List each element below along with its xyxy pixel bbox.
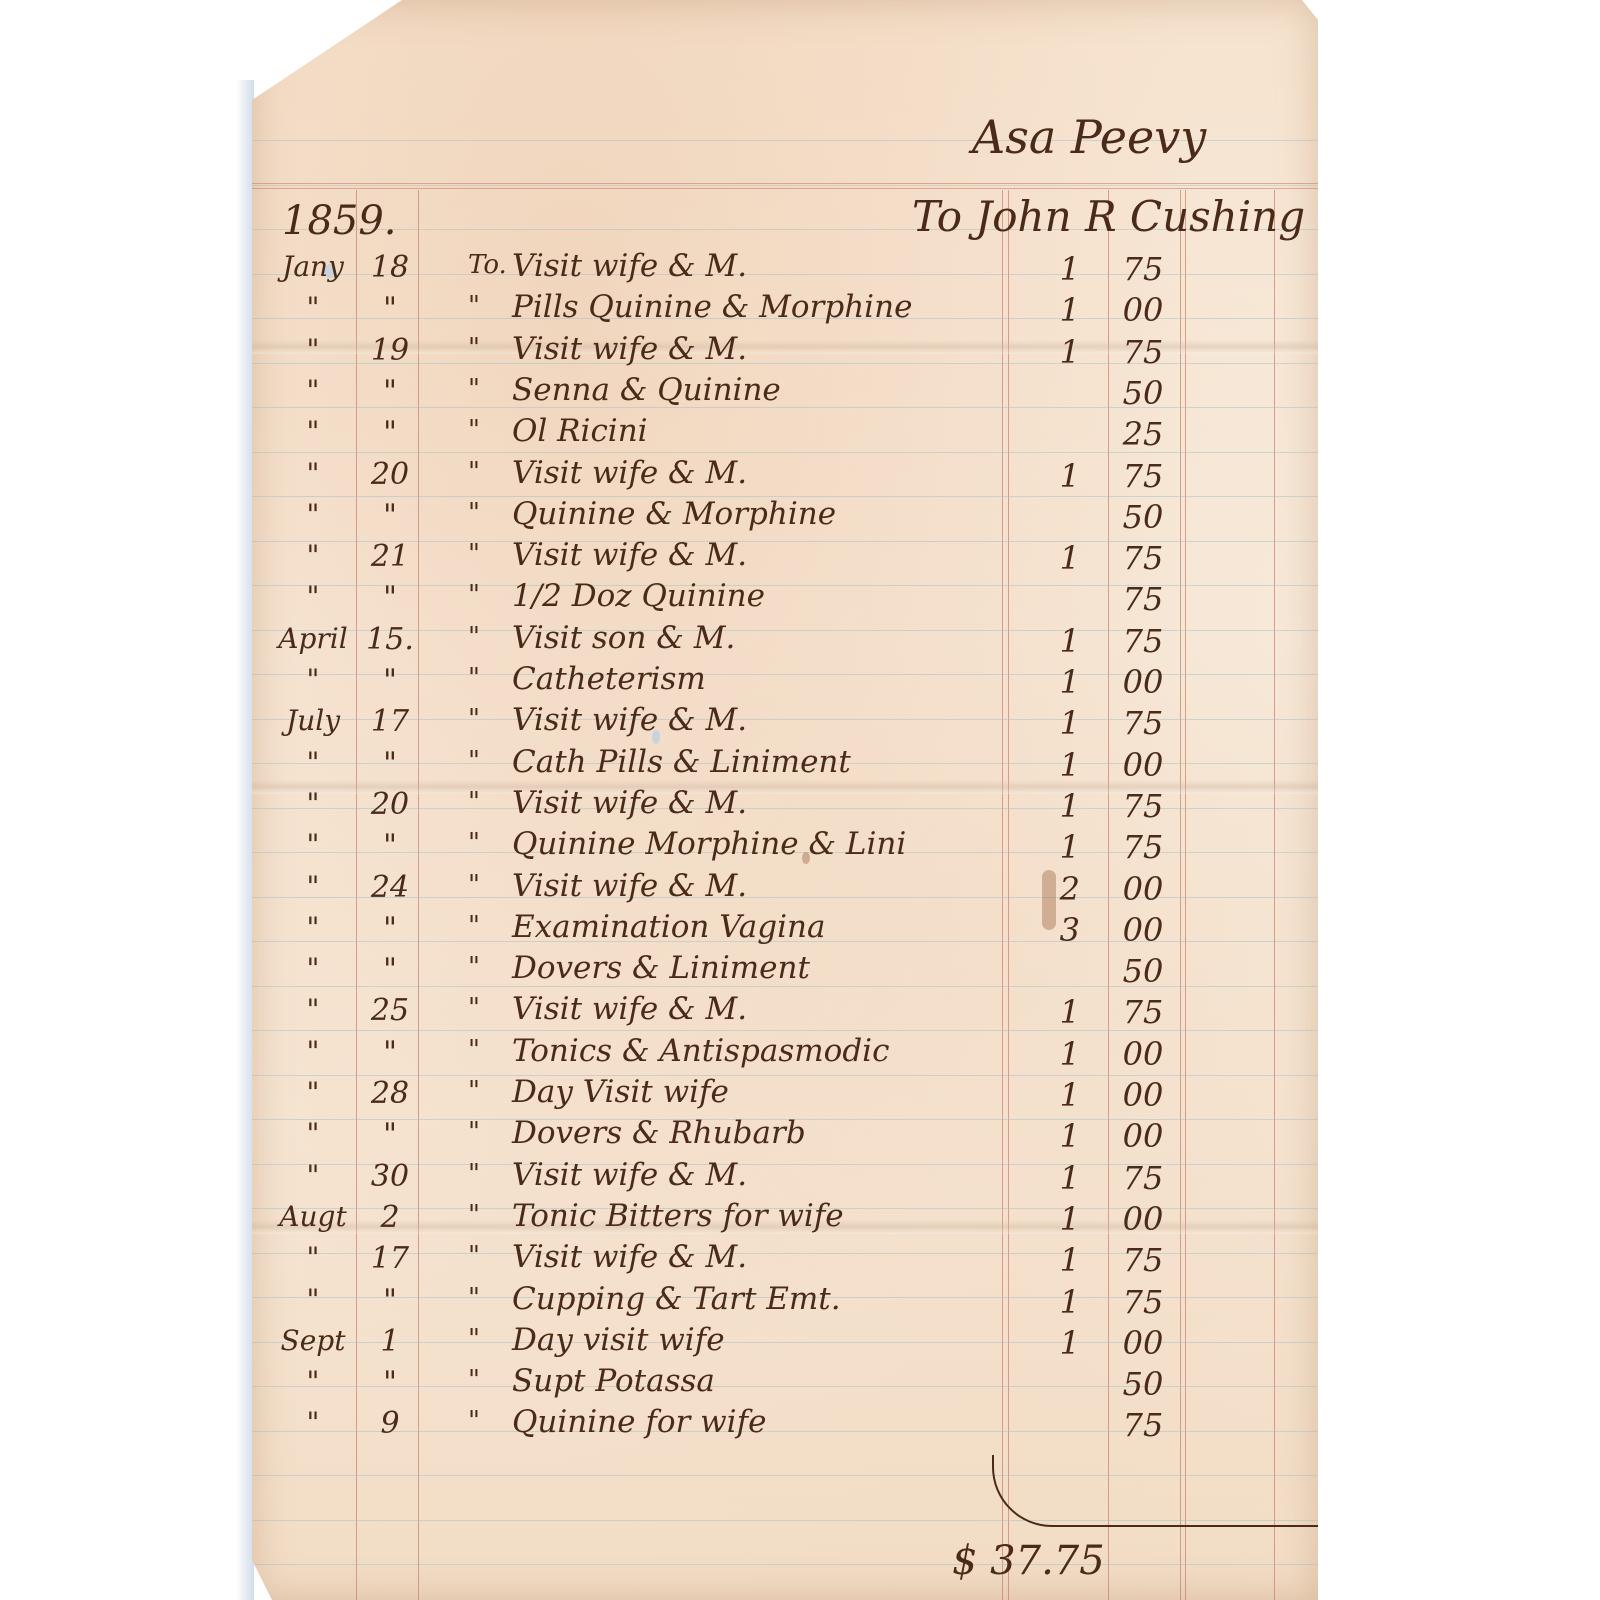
entry-cents: 75 xyxy=(1110,1159,1176,1197)
entry-description: Cath Pills & Liniment xyxy=(512,744,851,780)
entry-description: Examination Vagina xyxy=(512,909,825,945)
ledger-addressee: To John R Cushing Dr xyxy=(912,192,1372,241)
ledger-row: """Ol Ricini25 xyxy=(252,415,1318,459)
entry-dollars: 1 xyxy=(1020,250,1080,288)
entry-cents: 75 xyxy=(1110,580,1176,618)
ruled-line xyxy=(252,1564,1318,1565)
ledger-row: """Cupping & Tart Emt.175 xyxy=(252,1283,1318,1327)
header-rule xyxy=(252,188,1318,189)
entry-cents: 00 xyxy=(1110,291,1176,329)
entry-day: 20 xyxy=(360,787,420,822)
entry-cents: 00 xyxy=(1110,1117,1176,1155)
entry-month: " xyxy=(270,1076,356,1109)
entry-day: " xyxy=(360,498,420,533)
entry-description: Visit wife & M. xyxy=(512,868,747,904)
entry-cents: 75 xyxy=(1110,333,1176,371)
entry-day: " xyxy=(360,580,420,615)
entry-ditto: " xyxy=(468,1283,480,1313)
entry-ditto: " xyxy=(468,622,480,652)
entry-month: " xyxy=(270,580,356,613)
ledger-row: "30"Visit wife & M.175 xyxy=(252,1159,1318,1203)
entry-month: " xyxy=(270,539,356,572)
entry-cents: 00 xyxy=(1110,1076,1176,1114)
ruled-line xyxy=(252,185,1318,186)
ledger-paper: Asa Peevy To John R Cushing Dr 1859. Jan… xyxy=(252,0,1318,1600)
entry-ditto: " xyxy=(468,952,480,982)
entry-cents: 00 xyxy=(1110,663,1176,701)
ledger-row: """Senna & Quinine50 xyxy=(252,374,1318,418)
entry-day: " xyxy=(360,1035,420,1070)
entry-ditto: " xyxy=(468,374,480,404)
entry-day: " xyxy=(360,415,420,450)
entry-month: " xyxy=(270,1159,356,1192)
page-shadow xyxy=(236,80,254,1600)
entry-day: " xyxy=(360,663,420,698)
entry-cents: 00 xyxy=(1110,746,1176,784)
entry-description: Quinine for wife xyxy=(512,1404,766,1440)
entry-day: 17 xyxy=(360,1241,420,1276)
ledger-year: 1859. xyxy=(282,198,397,244)
entry-ditto: " xyxy=(468,704,480,734)
entry-day: 2 xyxy=(360,1200,420,1235)
entry-dollars: 1 xyxy=(1020,333,1080,371)
entry-description: 1/2 Doz Quinine xyxy=(512,578,765,614)
entry-cents: 00 xyxy=(1110,911,1176,949)
header-rule xyxy=(252,183,1318,184)
entry-description: Visit wife & M. xyxy=(512,331,747,367)
entry-ditto: " xyxy=(468,1035,480,1065)
entry-ditto: " xyxy=(468,457,480,487)
entry-description: Ol Ricini xyxy=(512,413,648,449)
entry-dollars: 1 xyxy=(1020,539,1080,577)
ledger-row: "17"Visit wife & M.175 xyxy=(252,1241,1318,1285)
entry-ditto: " xyxy=(468,1365,480,1395)
entry-ditto: " xyxy=(468,539,480,569)
entry-month: " xyxy=(270,1035,356,1068)
entry-ditto: " xyxy=(468,291,480,321)
ledger-total: $ 37.75 xyxy=(952,1538,1105,1584)
entry-description: Visit wife & M. xyxy=(512,537,747,573)
entry-ditto: " xyxy=(468,1159,480,1189)
entry-description: Visit wife & M. xyxy=(512,455,747,491)
ledger-row: """Dovers & Rhubarb100 xyxy=(252,1117,1318,1161)
entry-month: Jany xyxy=(270,250,356,283)
entry-day: " xyxy=(360,746,420,781)
entry-description: Pills Quinine & Morphine xyxy=(512,289,912,325)
entry-month: " xyxy=(270,1365,356,1398)
entry-description: Quinine & Morphine xyxy=(512,496,836,532)
entry-day: " xyxy=(360,374,420,409)
entry-month: " xyxy=(270,415,356,448)
entry-ditto: " xyxy=(468,1406,480,1436)
entry-cents: 50 xyxy=(1110,952,1176,990)
entry-month: " xyxy=(270,498,356,531)
entry-month: " xyxy=(270,746,356,779)
ledger-row: Jany18To.Visit wife & M.175 xyxy=(252,250,1318,294)
ledger-row: "25"Visit wife & M.175 xyxy=(252,993,1318,1037)
entry-month: " xyxy=(270,870,356,903)
entry-cents: 00 xyxy=(1110,1200,1176,1238)
ledger-row: "21"Visit wife & M.175 xyxy=(252,539,1318,583)
entry-month: " xyxy=(270,911,356,944)
entry-dollars: 1 xyxy=(1020,1117,1080,1155)
entry-day: 28 xyxy=(360,1076,420,1111)
entry-cents: 50 xyxy=(1110,374,1176,412)
entry-dollars: 1 xyxy=(1020,1324,1080,1362)
entry-description: Supt Potassa xyxy=(512,1363,715,1399)
entry-dollars: 1 xyxy=(1020,622,1080,660)
entry-description: Catheterism xyxy=(512,661,706,697)
entry-description: Dovers & Liniment xyxy=(512,950,810,986)
ledger-row: April15."Visit son & M.175 xyxy=(252,622,1318,666)
entry-dollars: 1 xyxy=(1020,746,1080,784)
entry-description: Senna & Quinine xyxy=(512,372,781,408)
entry-dollars: 1 xyxy=(1020,787,1080,825)
entry-dollars: 3 xyxy=(1020,911,1080,949)
entry-month: " xyxy=(270,457,356,490)
entry-ditto: " xyxy=(468,870,480,900)
entry-month: " xyxy=(270,1117,356,1150)
entry-dollars: 1 xyxy=(1020,663,1080,701)
entry-ditto: " xyxy=(468,1241,480,1271)
entry-cents: 75 xyxy=(1110,457,1176,495)
ledger-row: """Dovers & Liniment50 xyxy=(252,952,1318,996)
entry-description: Visit wife & M. xyxy=(512,1157,747,1193)
entry-description: Dovers & Rhubarb xyxy=(512,1115,806,1151)
ledger-row: Sept1"Day visit wife100 xyxy=(252,1324,1318,1368)
ledger-row: July17"Visit wife & M.175 xyxy=(252,704,1318,748)
entry-dollars: 1 xyxy=(1020,457,1080,495)
entry-ditto: " xyxy=(468,1117,480,1147)
entry-cents: 75 xyxy=(1110,1283,1176,1321)
entry-ditto: " xyxy=(468,1200,480,1230)
ledger-row: "19"Visit wife & M.175 xyxy=(252,333,1318,377)
entry-dollars: 1 xyxy=(1020,1076,1080,1114)
ledger-row: """Quinine Morphine & Lini175 xyxy=(252,828,1318,872)
entry-cents: 75 xyxy=(1110,1406,1176,1444)
entry-month: Augt xyxy=(270,1200,356,1233)
entry-day: " xyxy=(360,952,420,987)
entry-ditto: " xyxy=(468,498,480,528)
entry-cents: 75 xyxy=(1110,622,1176,660)
entry-cents: 50 xyxy=(1110,498,1176,536)
entry-month: " xyxy=(270,1241,356,1274)
entry-dollars: 2 xyxy=(1020,870,1080,908)
entry-dollars: 1 xyxy=(1020,1035,1080,1073)
entry-day: " xyxy=(360,911,420,946)
entry-ditto: " xyxy=(468,1324,480,1354)
entry-ditto: " xyxy=(468,663,480,693)
entry-month: " xyxy=(270,1283,356,1316)
entry-day: " xyxy=(360,291,420,326)
entry-day: 18 xyxy=(360,250,420,285)
entry-month: " xyxy=(270,787,356,820)
entry-day: 19 xyxy=(360,333,420,368)
entry-month: " xyxy=(270,374,356,407)
entry-day: 20 xyxy=(360,457,420,492)
entry-ditto: " xyxy=(468,415,480,445)
entry-day: 30 xyxy=(360,1159,420,1194)
ledger-row: """Catheterism100 xyxy=(252,663,1318,707)
entry-cents: 75 xyxy=(1110,250,1176,288)
entry-day: 17 xyxy=(360,704,420,739)
entry-description: Day Visit wife xyxy=(512,1074,729,1110)
entry-month: July xyxy=(270,704,356,737)
entry-description: Cupping & Tart Emt. xyxy=(512,1281,841,1317)
entry-day: 24 xyxy=(360,870,420,905)
entry-cents: 75 xyxy=(1110,704,1176,742)
entry-dollars: 1 xyxy=(1020,291,1080,329)
entry-month: Sept xyxy=(270,1324,356,1357)
ledger-row: "24"Visit wife & M.200 xyxy=(252,870,1318,914)
entry-description: Tonic Bitters for wife xyxy=(512,1198,844,1234)
ledger-row: Augt2"Tonic Bitters for wife100 xyxy=(252,1200,1318,1244)
entry-description: Visit son & M. xyxy=(512,620,735,656)
entry-cents: 75 xyxy=(1110,993,1176,1031)
entry-month: " xyxy=(270,828,356,861)
ledger-row: """Quinine & Morphine50 xyxy=(252,498,1318,542)
entry-ditto: " xyxy=(468,828,480,858)
ledger-row: "20"Visit wife & M.175 xyxy=(252,457,1318,501)
entry-month: " xyxy=(270,1406,356,1439)
entry-ditto: " xyxy=(468,911,480,941)
ledger-row: "9"Quinine for wife75 xyxy=(252,1406,1318,1450)
ledger-row: "28"Day Visit wife100 xyxy=(252,1076,1318,1120)
entry-month: April xyxy=(270,622,356,655)
entry-month: " xyxy=(270,291,356,324)
entry-cents: 50 xyxy=(1110,1365,1176,1403)
ledger-row: """Supt Potassa50 xyxy=(252,1365,1318,1409)
entry-month: " xyxy=(270,952,356,985)
entry-ditto: " xyxy=(468,333,480,363)
entry-cents: 75 xyxy=(1110,787,1176,825)
ledger-row: """Tonics & Antispasmodic100 xyxy=(252,1035,1318,1079)
entry-description: Visit wife & M. xyxy=(512,702,747,738)
entry-ditto: " xyxy=(468,993,480,1023)
entry-dollars: 1 xyxy=(1020,704,1080,742)
entry-day: " xyxy=(360,1365,420,1400)
entry-cents: 75 xyxy=(1110,1241,1176,1279)
ledger-row: """1/2 Doz Quinine75 xyxy=(252,580,1318,624)
entry-dollars: 1 xyxy=(1020,1200,1080,1238)
entry-cents: 75 xyxy=(1110,539,1176,577)
entry-month: " xyxy=(270,993,356,1026)
entry-cents: 00 xyxy=(1110,1324,1176,1362)
entry-month: " xyxy=(270,663,356,696)
entry-day: 1 xyxy=(360,1324,420,1359)
entry-ditto: " xyxy=(468,787,480,817)
total-brace xyxy=(992,1455,1324,1527)
entry-dollars: 1 xyxy=(1020,1241,1080,1279)
entry-dollars: 1 xyxy=(1020,1283,1080,1321)
entry-description: Visit wife & M. xyxy=(512,248,747,284)
entry-day: " xyxy=(360,1283,420,1318)
ledger-row: """Pills Quinine & Morphine100 xyxy=(252,291,1318,335)
ledger-row: "20"Visit wife & M.175 xyxy=(252,787,1318,831)
entry-day: 9 xyxy=(360,1406,420,1441)
ledger-row: """Cath Pills & Liniment100 xyxy=(252,746,1318,790)
ledger-row: """Examination Vagina300 xyxy=(252,911,1318,955)
ledger-title: Asa Peevy xyxy=(972,110,1206,164)
entry-cents: 00 xyxy=(1110,870,1176,908)
entry-day: 21 xyxy=(360,539,420,574)
entry-ditto: " xyxy=(468,580,480,610)
entry-ditto: " xyxy=(468,1076,480,1106)
entry-ditto: To. xyxy=(468,250,507,280)
entry-cents: 25 xyxy=(1110,415,1176,453)
entry-day: " xyxy=(360,1117,420,1152)
entry-description: Day visit wife xyxy=(512,1322,725,1358)
entry-day: " xyxy=(360,828,420,863)
entry-description: Visit wife & M. xyxy=(512,1239,747,1275)
entry-day: 25 xyxy=(360,993,420,1028)
entry-day: 15. xyxy=(360,622,420,657)
entry-dollars: 1 xyxy=(1020,828,1080,866)
entry-dollars: 1 xyxy=(1020,1159,1080,1197)
entry-month: " xyxy=(270,333,356,366)
entry-description: Quinine Morphine & Lini xyxy=(512,826,906,862)
entry-cents: 75 xyxy=(1110,828,1176,866)
entry-ditto: " xyxy=(468,746,480,776)
entry-description: Tonics & Antispasmodic xyxy=(512,1033,889,1069)
entry-description: Visit wife & M. xyxy=(512,785,747,821)
entry-dollars: 1 xyxy=(1020,993,1080,1031)
entry-description: Visit wife & M. xyxy=(512,991,747,1027)
entry-cents: 00 xyxy=(1110,1035,1176,1073)
